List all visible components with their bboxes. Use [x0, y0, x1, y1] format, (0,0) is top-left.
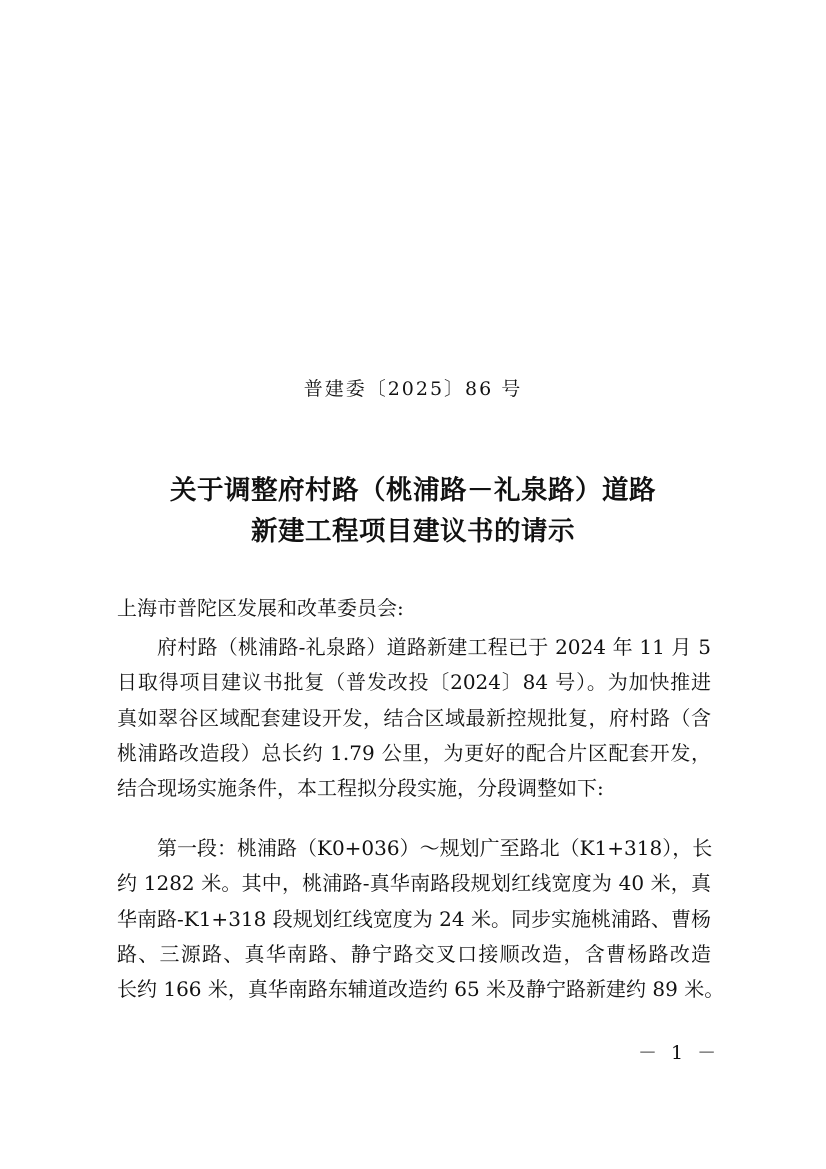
- paragraph-segment-one: 第一段：桃浦路（K0+036）～规划广至路北（K1+318），长 约 1282 …: [117, 831, 711, 1007]
- title-line: 关于调整府村路（桃浦路－礼泉路）道路: [0, 470, 826, 511]
- paragraph-line: 结合现场实施条件，本工程拟分段实施，分段调整如下:: [117, 771, 711, 806]
- salutation: 上海市普陀区发展和改革委员会:: [117, 596, 404, 620]
- paragraph-line: 约 1282 米。其中，桃浦路-真华南路段规划红线宽度为 40 米，真: [117, 866, 711, 901]
- paragraph-line: 日取得项目建议书批复（普发改投〔2024〕84 号）。为加快推进: [117, 665, 711, 700]
- paragraph-line: 华南路-K1+318 段规划红线宽度为 24 米。同步实施桃浦路、曹杨: [117, 902, 711, 937]
- paragraph-line: 桃浦路改造段）总长约 1.79 公里，为更好的配合片区配套开发，: [117, 736, 711, 771]
- paragraph-line: 第一段：桃浦路（K0+036）～规划广至路北（K1+318），长: [117, 831, 711, 866]
- paragraph-line: 路、三源路、真华南路、静宁路交叉口接顺改造，含曹杨路改造: [117, 937, 711, 972]
- paragraph-line: 府村路（桃浦路-礼泉路）道路新建工程已于 2024 年 11 月 5: [117, 630, 711, 665]
- paragraph-line: 长约 166 米，真华南路东辅道改造约 65 米及静宁路新建约 89 米。: [117, 972, 711, 1007]
- page-number: － 1 －: [638, 1038, 720, 1065]
- paragraph-line: 真如翠谷区域配套建设开发，结合区域最新控规批复，府村路（含: [117, 701, 711, 736]
- document-title: 关于调整府村路（桃浦路－礼泉路）道路 新建工程项目建议书的请示: [0, 470, 826, 552]
- title-line: 新建工程项目建议书的请示: [0, 511, 826, 552]
- paragraph-background: 府村路（桃浦路-礼泉路）道路新建工程已于 2024 年 11 月 5 日取得项目…: [117, 630, 711, 806]
- document-number: 普建委〔2025〕86 号: [0, 374, 826, 401]
